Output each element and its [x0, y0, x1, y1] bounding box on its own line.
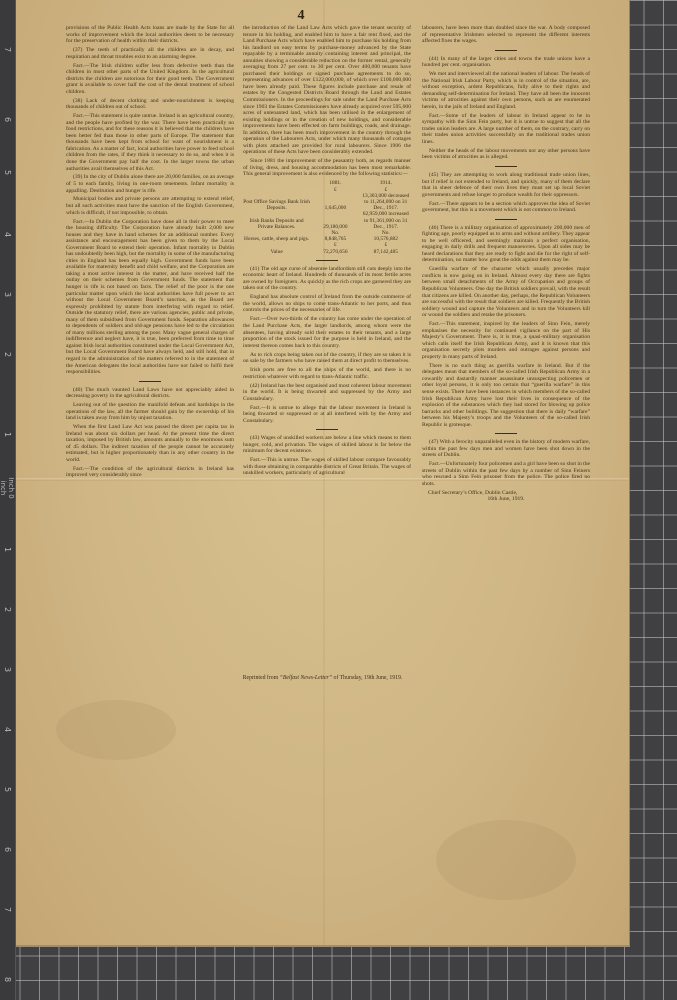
ruler-mark: 4 — [3, 228, 12, 241]
column-2-body: the introduction of the Land Law Acts wh… — [243, 25, 411, 178]
ruler-mark: 2 — [3, 603, 12, 616]
signature-date: 16th June, 1919. — [422, 496, 590, 503]
reprint-footer: Reprinted from “Belfast News-Letter” of … — [16, 675, 629, 681]
ruler-mark: 8 — [3, 973, 12, 986]
article-paragraph: (44) In many of the larger cities and to… — [422, 56, 590, 69]
column-3-body: labourers, have been more than doubled s… — [422, 25, 590, 45]
article-paragraph: Fact.—This statement, inspired by the le… — [422, 321, 590, 360]
article-paragraph: Fact.—The condition of the agricultural … — [66, 466, 234, 479]
section-divider — [316, 429, 338, 430]
article-paragraph: (41) The old age curse of absentee landl… — [243, 266, 411, 292]
stats-header-1914: 1914. £ — [361, 180, 411, 192]
column-2: the introduction of the Land Law Acts wh… — [243, 25, 411, 479]
article-paragraph: (45) They are attempting to work along t… — [422, 172, 590, 198]
ruler-mark: 4 — [3, 723, 12, 736]
ruler-mark: Inch 0 inch — [0, 473, 15, 503]
ruler-mark: 5 — [3, 166, 12, 179]
ruler-mark: 7 — [3, 43, 12, 56]
article-paragraph: (39) In the city of Dublin alone there a… — [66, 174, 234, 194]
column-3-after-rule: (44) In many of the larger cities and to… — [422, 56, 590, 161]
column-1: provisions of the Public Health Acts loa… — [66, 25, 234, 481]
article-paragraph: Leaving out of the question the manifold… — [66, 402, 234, 422]
ruler-mark: 1 — [3, 543, 12, 556]
article-paragraph: Fact.—Over two-thirds of the country has… — [243, 316, 411, 349]
ruler-mark: 7 — [3, 903, 12, 916]
article-paragraph: Since 1881 the improvement of the peasan… — [243, 158, 411, 178]
article-paragraph: (46) There is a military organisation of… — [422, 225, 590, 264]
stats-value-1881: 1,645,000 — [310, 193, 360, 212]
statistics-table: 1881. £1914. £Post Office Savings Bank I… — [243, 180, 411, 254]
article-paragraph: Fact.—This statement is quite untrue. Ir… — [66, 113, 234, 172]
footer-publication: “Belfast News-Letter” — [280, 675, 332, 681]
stats-value-1914: 87,142,485 — [361, 249, 411, 255]
footer-suffix: of Thursday, 19th June, 1919. — [333, 675, 402, 681]
column-1-body: provisions of the Public Health Acts loa… — [66, 25, 234, 376]
ruler-mark: 2 — [3, 348, 12, 361]
article-paragraph: (47) With a ferocity unparalleled even i… — [422, 439, 590, 459]
article-paragraph: Guerilla warfare of the character which … — [422, 266, 590, 318]
stats-label: Irish Banks Deposits and Private Balance… — [243, 211, 310, 230]
table-row: Value72,270,65687,142,485 — [243, 249, 411, 255]
article-paragraph: Fact.—Unfortunately four policemen and a… — [422, 461, 590, 487]
stats-label: Horses, cattle, sheep and pigs. — [243, 236, 310, 242]
newspaper-page: 4 provisions of the Public Health Acts l… — [16, 0, 630, 947]
signature-block: Chief Secretary’s Office, Dublin Castle,… — [422, 490, 590, 503]
stats-value-1881: 29,180,000 — [310, 211, 360, 230]
article-paragraph: Fact.—In Dublin the Corporation have don… — [66, 219, 234, 376]
article-paragraph: (43) Wages of unskilled workers are belo… — [243, 435, 411, 455]
table-row: Irish Banks Deposits and Private Balance… — [243, 211, 411, 230]
table-row: Post Office Savings Bank Irish Deposits.… — [243, 193, 411, 212]
section-divider — [495, 433, 517, 434]
article-paragraph: provisions of the Public Health Acts loa… — [66, 25, 234, 45]
column-3-after-rule-3: (46) There is a military organisation of… — [422, 225, 590, 429]
article-paragraph: Fact.—It is untrue to allege that the la… — [243, 405, 411, 425]
article-paragraph: England has absolute control of Ireland … — [243, 294, 411, 314]
article-paragraph: Fact.—This is untrue. The wages of skill… — [243, 457, 411, 477]
section-divider — [316, 260, 338, 261]
article-paragraph: We met and interviewed all the national … — [422, 71, 590, 110]
article-paragraph: the introduction of the Land Law Acts wh… — [243, 25, 411, 156]
article-paragraph: Fact.—Some of the leaders of labour in I… — [422, 113, 590, 146]
article-paragraph: Fact.—There appears to be a section whic… — [422, 201, 590, 214]
section-divider — [495, 50, 517, 51]
article-paragraph: Neither the heads of the labour movement… — [422, 148, 590, 161]
article-paragraph: There is no such thing as guerilla warfa… — [422, 363, 590, 428]
stats-header-1881: 1881. £ — [310, 180, 360, 192]
column-1-after-rule: (40) The much vaunted Land Laws have not… — [66, 387, 234, 479]
article-paragraph: Municipal bodies and private persons are… — [66, 196, 234, 216]
column-3: labourers, have been more than doubled s… — [422, 25, 590, 503]
column-3-after-rule-2: (45) They are attempting to work along t… — [422, 172, 590, 214]
stats-value-1914: 13,303,000 decreased to 11,264,000 on 31… — [361, 193, 411, 212]
section-divider — [495, 219, 517, 220]
article-paragraph: (38) Lack of decent clothing and under-n… — [66, 98, 234, 111]
ruler-mark: 3 — [3, 288, 12, 301]
paper-stain — [436, 820, 576, 900]
article-paragraph: Irish ports are free to all the ships of… — [243, 367, 411, 380]
section-divider — [139, 381, 161, 382]
ruler-mark: 6 — [3, 843, 12, 856]
ruler-mark: 5 — [3, 783, 12, 796]
ruler-mark: 6 — [3, 113, 12, 126]
article-paragraph: Fact.—The Irish children suffer less fro… — [66, 63, 234, 96]
stats-header-blank — [243, 180, 310, 192]
ruler-mark: 3 — [3, 663, 12, 676]
section-divider — [495, 166, 517, 167]
article-paragraph: (37) The teeth of practically all the ch… — [66, 47, 234, 60]
stats-value-1881: 72,270,656 — [310, 249, 360, 255]
column-2-after-rule: (41) The old age curse of absentee landl… — [243, 266, 411, 424]
column-2-after-rule-2: (43) Wages of unskilled workers are belo… — [243, 435, 411, 477]
stats-label: Post Office Savings Bank Irish Deposits. — [243, 193, 310, 212]
article-paragraph: As to rich crops being taken out of the … — [243, 352, 411, 365]
article-paragraph: labourers, have been more than doubled s… — [422, 25, 590, 45]
ruler-mark: 1 — [3, 428, 12, 441]
column-3-after-rule-4: (47) With a ferocity unparalleled even i… — [422, 439, 590, 487]
footer-prefix: Reprinted from — [243, 675, 279, 681]
side-ruler: 7654321Inch 0 inch12345678 — [0, 0, 16, 1000]
article-paragraph: (42) Ireland has the best organised and … — [243, 383, 411, 403]
article-paragraph: (40) The much vaunted Land Laws have not… — [66, 387, 234, 400]
page-number: 4 — [276, 8, 326, 24]
paper-stain — [56, 700, 176, 760]
stats-value-1914: 62,959,000 increased to 91,361,000 on 31… — [361, 211, 411, 230]
stats-label: Value — [243, 249, 310, 255]
article-paragraph: When the first Land Law Act was passed t… — [66, 424, 234, 463]
